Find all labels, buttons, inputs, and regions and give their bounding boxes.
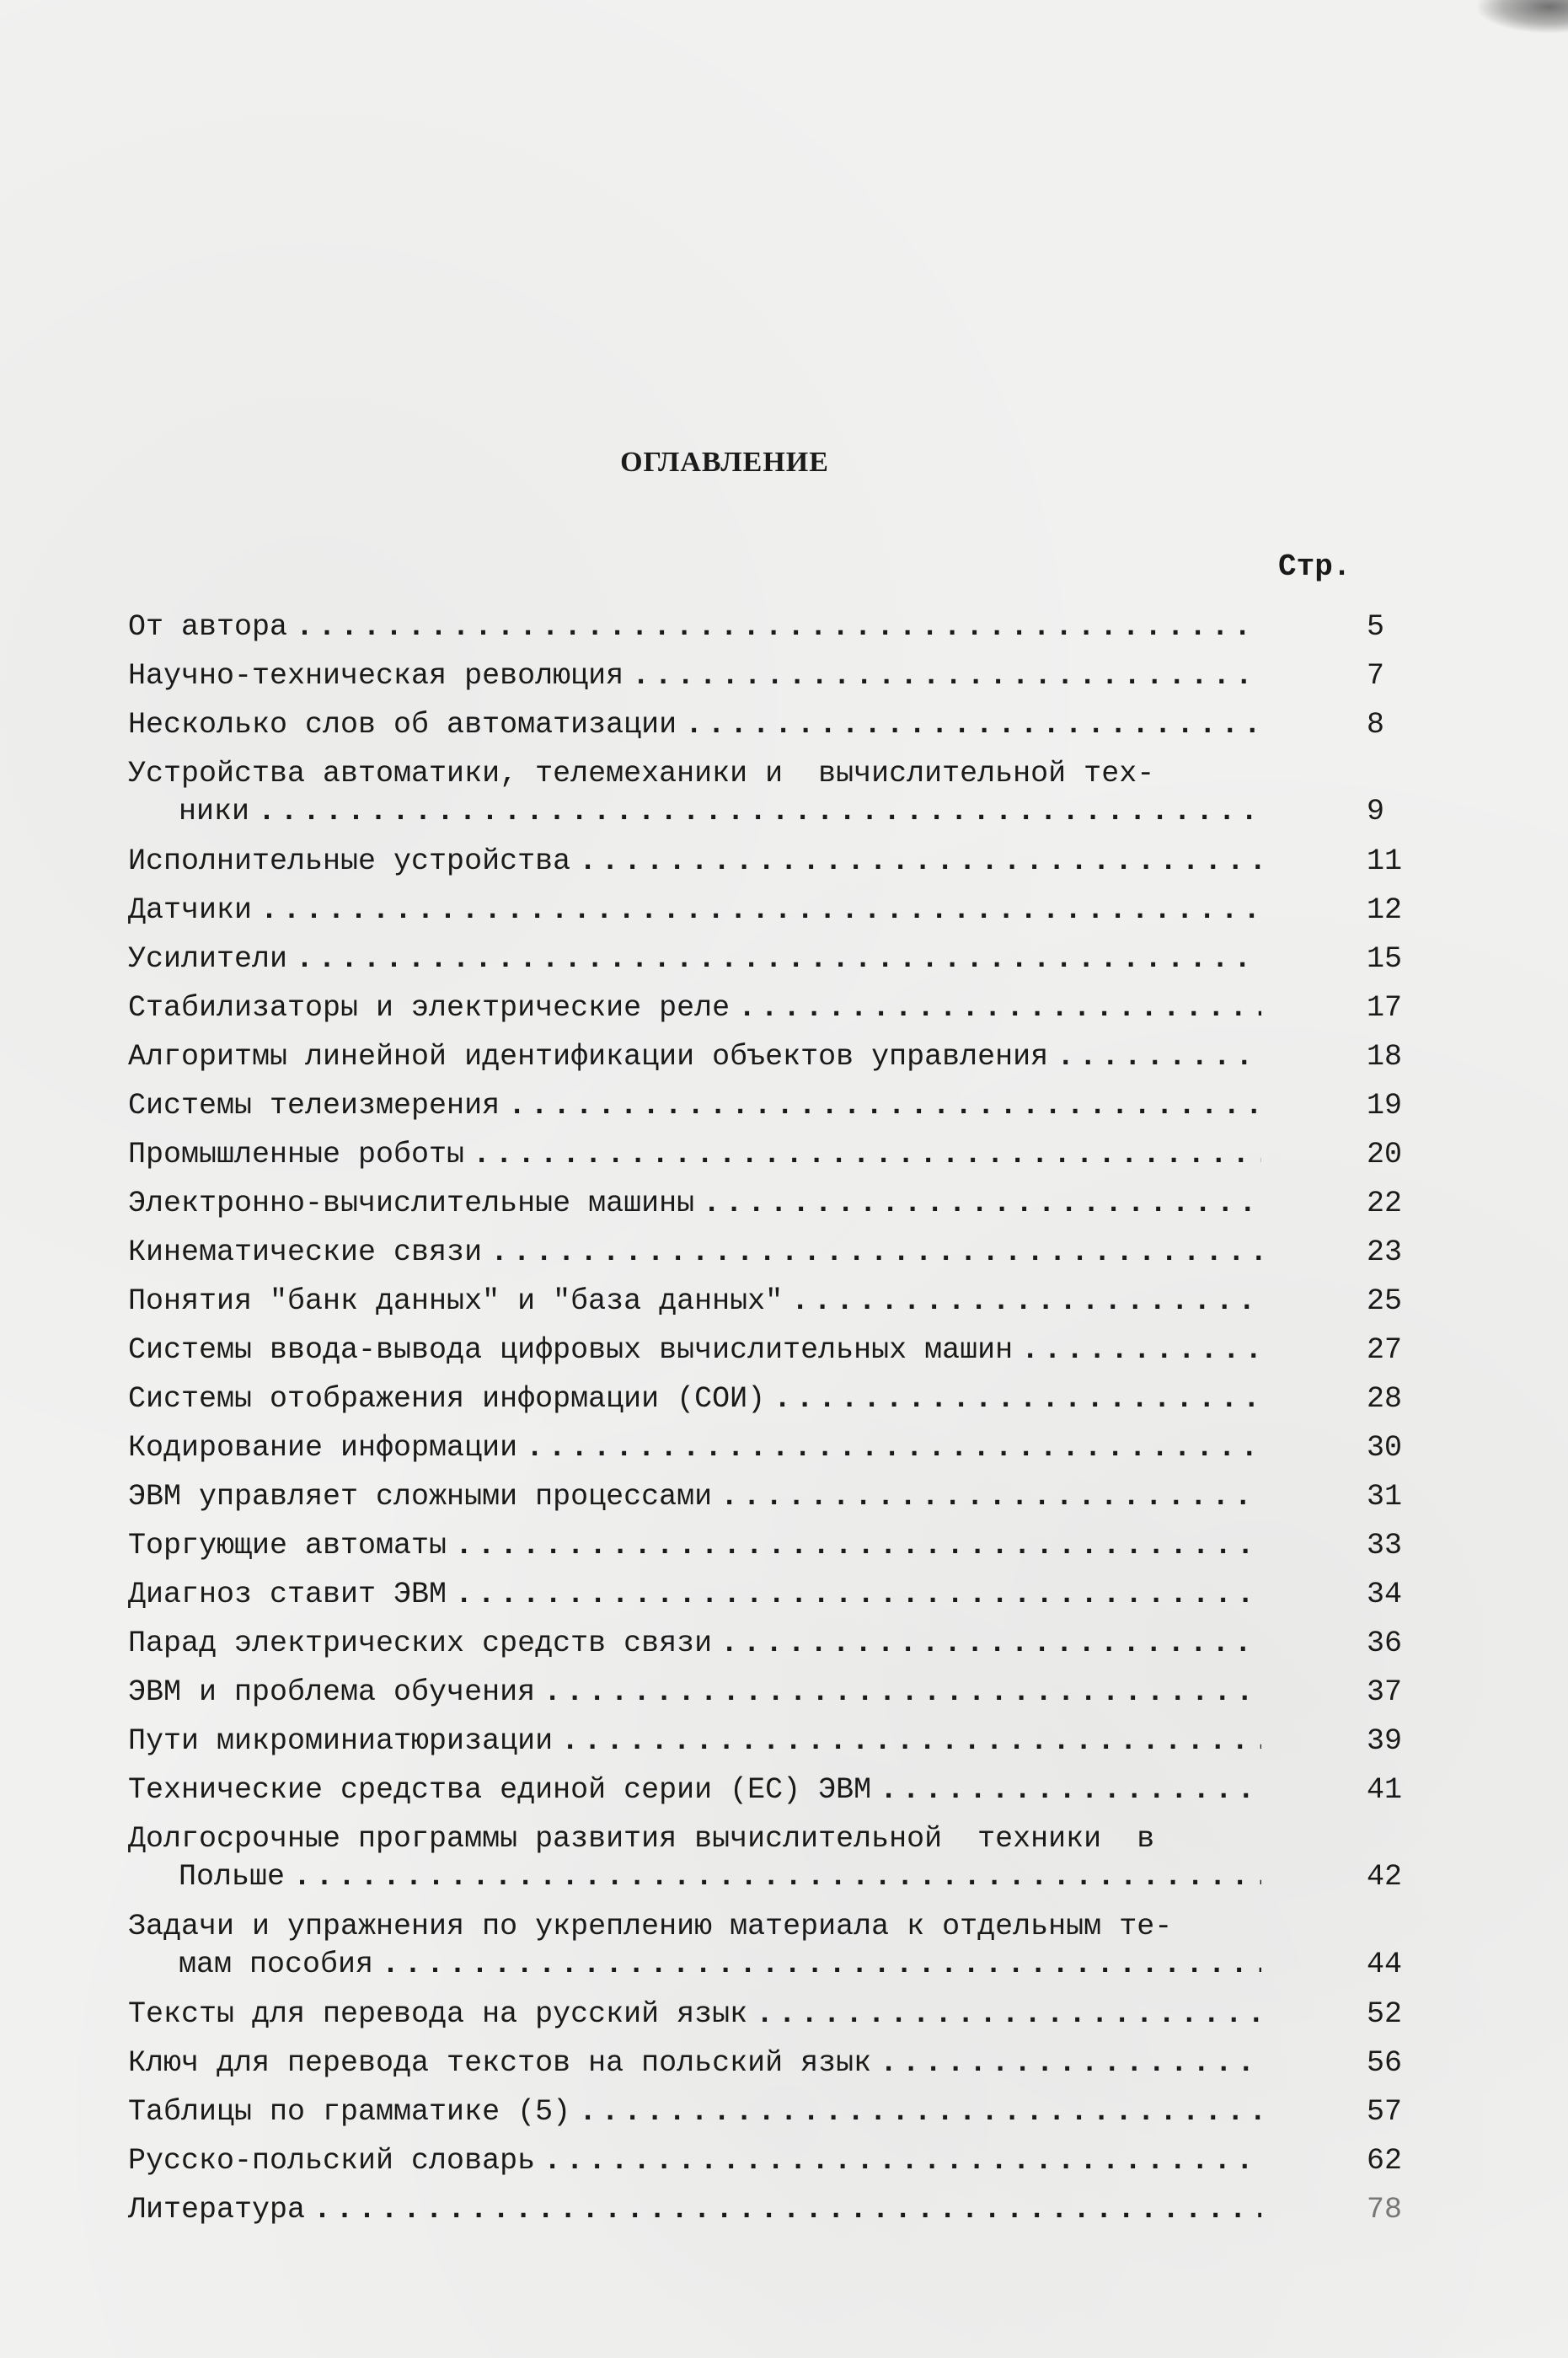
dot-leader: ........................................… [464, 1136, 1261, 1174]
toc-entry-label: Системы ввода-вывода цифровых вычислител… [128, 1332, 1013, 1369]
toc-page-number: 11 [1367, 843, 1442, 881]
toc-entry-title: Датчики.................................… [128, 892, 1261, 930]
toc-entry-title: Долгосрочные программы развития вычислит… [128, 1820, 1261, 1896]
toc-entry-title: Торгующие автоматы......................… [128, 1527, 1261, 1565]
dot-leader: ........................................… [305, 2191, 1261, 2229]
toc-entry-label: Промышленные роботы [128, 1136, 464, 1174]
toc-page-number: 27 [1367, 1332, 1442, 1369]
dot-leader: ........................................… [730, 989, 1261, 1027]
toc-entry-label: Системы телеизмерения [128, 1087, 500, 1125]
toc-entry-label: ники [179, 793, 249, 831]
dot-leader: ........................................… [500, 1087, 1261, 1125]
toc-entry: Пути микроминиатюризации................… [128, 1723, 1442, 1760]
toc-page-number: 41 [1367, 1771, 1442, 1809]
toc-page-number: 20 [1367, 1136, 1442, 1174]
toc-entry: Ключ для перевода текстов на польский яз… [128, 2044, 1442, 2082]
toc-entry-title: Литература..............................… [128, 2191, 1261, 2229]
dot-leader: ........................................… [373, 1946, 1261, 1984]
dot-leader: ........................................… [871, 1771, 1261, 1809]
toc-entry-label: Кинематические связи [128, 1234, 482, 1272]
dot-leader: ........................................… [287, 941, 1261, 978]
dot-leader: ........................................… [1013, 1332, 1261, 1369]
toc-page-number: 18 [1367, 1038, 1442, 1076]
toc-entry-label: Диагноз ставит ЭВМ [128, 1576, 447, 1614]
toc-entry-label: Датчики [128, 892, 252, 930]
toc-page-number: 62 [1367, 2142, 1442, 2180]
dot-leader: ........................................… [535, 2142, 1261, 2180]
toc-entry-label: Ключ для перевода текстов на польский яз… [128, 2044, 871, 2082]
toc-page-number: 17 [1367, 989, 1442, 1027]
toc-entry: Долгосрочные программы развития вычислит… [128, 1820, 1442, 1896]
corner-stain [1475, 0, 1568, 34]
toc-entry: Технические средства единой серии (ЕС) Э… [128, 1771, 1442, 1809]
toc-entry: Системы телеизмерения...................… [128, 1087, 1442, 1125]
toc-entry-label: Русско-польский словарь [128, 2142, 535, 2180]
dot-leader: ........................................… [871, 2044, 1261, 2082]
toc-page-number: 12 [1367, 892, 1442, 930]
toc-entry-title: Системы отображения информации (СОИ)....… [128, 1380, 1261, 1418]
dot-leader: ........................................… [712, 1478, 1261, 1516]
toc-entry: Промышленные роботы.....................… [128, 1136, 1442, 1174]
toc-page-number: 15 [1367, 941, 1442, 978]
page-column-header: Стр. [1278, 549, 1351, 584]
dot-leader: ........................................… [553, 1723, 1261, 1760]
toc-entry: Стабилизаторы и электрические реле......… [128, 989, 1442, 1027]
toc-entry-label: Парад электрических средств связи [128, 1625, 712, 1663]
dot-leader: ........................................… [747, 1996, 1261, 2034]
toc-entry: Парад электрических средств связи.......… [128, 1625, 1442, 1663]
toc-entry-label: Алгоритмы линейной идентификации объекто… [128, 1038, 1048, 1076]
toc-entry-title: ЭВМ и проблема обучения.................… [128, 1674, 1261, 1712]
toc-entry-title: Кодирование информации..................… [128, 1429, 1261, 1467]
toc-page-number: 33 [1367, 1527, 1442, 1565]
toc-page-number: 57 [1367, 2093, 1442, 2131]
toc-entry-title: Исполнительные устройства...............… [128, 843, 1261, 881]
toc-entry: Устройства автоматики, телемеханики и вы… [128, 755, 1442, 831]
toc-page-number: 37 [1367, 1674, 1442, 1712]
toc-page-number: 31 [1367, 1478, 1442, 1516]
toc-entry-title: Усилители...............................… [128, 941, 1261, 978]
dot-leader: ........................................… [285, 1858, 1261, 1896]
toc-entry: Электронно-вычислительные машины........… [128, 1185, 1442, 1223]
toc-entry-title: Парад электрических средств связи.......… [128, 1625, 1261, 1663]
toc-entry: Датчики.................................… [128, 892, 1442, 930]
toc-entry-title: Понятия "банк данных" и "база данных"...… [128, 1283, 1261, 1321]
toc-entry-title: Диагноз ставит ЭВМ......................… [128, 1576, 1261, 1614]
toc-entry-label: Кодирование информации [128, 1429, 517, 1467]
toc-entry: Усилители...............................… [128, 941, 1442, 978]
toc-entry-label: Тексты для перевода на русский язык [128, 1996, 747, 2034]
toc-entry-title: Технические средства единой серии (ЕС) Э… [128, 1771, 1261, 1809]
dot-leader: ........................................… [447, 1527, 1261, 1565]
toc-page-number: 39 [1367, 1723, 1442, 1760]
toc-page-number: 30 [1367, 1429, 1442, 1467]
dot-leader: ........................................… [765, 1380, 1261, 1418]
toc-entry-label: Технические средства единой серии (ЕС) Э… [128, 1771, 871, 1809]
toc-entry-label: Понятия "банк данных" и "база данных" [128, 1283, 783, 1321]
toc-entry: Задачи и упражнения по укреплению матери… [128, 1908, 1442, 1984]
toc-entry: Понятия "банк данных" и "база данных"...… [128, 1283, 1442, 1321]
toc-entry-label: мам пособия [179, 1946, 373, 1984]
toc-page-number: 23 [1367, 1234, 1442, 1272]
toc-entry-title: Кинематические связи....................… [128, 1234, 1261, 1272]
toc-entry-label: Торгующие автоматы [128, 1527, 447, 1565]
dot-leader: ........................................… [1048, 1038, 1261, 1076]
dot-leader: ........................................… [535, 1674, 1261, 1712]
toc-entry: ЭВМ и проблема обучения.................… [128, 1674, 1442, 1712]
toc-entry-label: ЭВМ управляет сложными процессами [128, 1478, 712, 1516]
toc-entry: Диагноз ставит ЭВМ......................… [128, 1576, 1442, 1614]
page-title: ОГЛАВЛЕНИЕ [0, 447, 1449, 479]
toc-entry-title: Ключ для перевода текстов на польский яз… [128, 2044, 1261, 2082]
toc-entry: Таблицы по грамматике (5)...............… [128, 2093, 1442, 2131]
toc-entry-title: Задачи и упражнения по укреплению матери… [128, 1908, 1261, 1984]
toc-page-number: 36 [1367, 1625, 1442, 1663]
toc-entry-label: Системы отображения информации (СОИ) [128, 1380, 765, 1418]
dot-leader: ........................................… [570, 843, 1261, 881]
toc-entry: Несколько слов об автоматизации.........… [128, 706, 1442, 744]
toc-entry-label: Задачи и упражнения по укреплению матери… [128, 1908, 1172, 1946]
dot-leader: ........................................… [287, 608, 1261, 646]
toc-page-number: 19 [1367, 1087, 1442, 1125]
toc-entry: Торгующие автоматы......................… [128, 1527, 1442, 1565]
toc-entry-label: Электронно-вычислительные машины [128, 1185, 694, 1223]
toc-entry-title: Устройства автоматики, телемеханики и вы… [128, 755, 1261, 831]
toc-entry-title: Русско-польский словарь.................… [128, 2142, 1261, 2180]
toc-entry-title: Таблицы по грамматике (5)...............… [128, 2093, 1261, 2131]
toc-page-number: 8 [1367, 706, 1442, 744]
toc-entry-title: Пути микроминиатюризации................… [128, 1723, 1261, 1760]
toc-page-number: 22 [1367, 1185, 1442, 1223]
toc-entry-label: Долгосрочные программы развития вычислит… [128, 1820, 1154, 1858]
toc-entry-title: ЭВМ управляет сложными процессами.......… [128, 1478, 1261, 1516]
toc-entry: Алгоритмы линейной идентификации объекто… [128, 1038, 1442, 1076]
dot-leader: ........................................… [252, 892, 1261, 930]
dot-leader: ........................................… [694, 1185, 1261, 1223]
toc-entry-label: Пути микроминиатюризации [128, 1723, 553, 1760]
toc-entry-title: Электронно-вычислительные машины........… [128, 1185, 1261, 1223]
dot-leader: ........................................… [783, 1283, 1261, 1321]
toc-page-number: 5 [1367, 608, 1442, 646]
toc-entry: От автора...............................… [128, 608, 1442, 646]
toc-page-number: 56 [1367, 2044, 1442, 2082]
toc-page-number: 44 [1367, 1946, 1442, 1984]
toc-entry-label: Литература [128, 2191, 305, 2229]
toc-entry-label: От автора [128, 608, 287, 646]
toc-entry-title: Тексты для перевода на русский язык.....… [128, 1996, 1261, 2034]
toc-entry-label: Усилители [128, 941, 287, 978]
toc-entry: Системы ввода-вывода цифровых вычислител… [128, 1332, 1442, 1369]
dot-leader: ........................................… [570, 2093, 1261, 2131]
toc-entry: Кодирование информации..................… [128, 1429, 1442, 1467]
toc-entry: Русско-польский словарь.................… [128, 2142, 1442, 2180]
toc-entry-title: Алгоритмы линейной идентификации объекто… [128, 1038, 1261, 1076]
toc-entry-title: От автора...............................… [128, 608, 1261, 646]
toc-entry-label: Исполнительные устройства [128, 843, 570, 881]
toc-page-number: 9 [1367, 793, 1442, 831]
toc-page-number: 7 [1367, 657, 1442, 695]
toc-entry: Тексты для перевода на русский язык.....… [128, 1996, 1442, 2034]
toc-entry-title: Стабилизаторы и электрические реле......… [128, 989, 1261, 1027]
toc-entry-title: Системы телеизмерения...................… [128, 1087, 1261, 1125]
toc-page-number: 25 [1367, 1283, 1442, 1321]
toc-entry: ЭВМ управляет сложными процессами.......… [128, 1478, 1442, 1516]
table-of-contents: От автора...............................… [128, 608, 1442, 2240]
toc-page-number: 52 [1367, 1996, 1442, 2034]
toc-entry-title: Несколько слов об автоматизации.........… [128, 706, 1261, 744]
dot-leader: ........................................… [482, 1234, 1261, 1272]
dot-leader: ........................................… [623, 657, 1261, 695]
toc-entry-title: Научно-техническая революция............… [128, 657, 1261, 695]
toc-entry: Литература..............................… [128, 2191, 1442, 2229]
toc-entry-label: Польше [179, 1858, 285, 1896]
toc-entry: Научно-техническая революция............… [128, 657, 1442, 695]
dot-leader: ........................................… [249, 793, 1261, 831]
dot-leader: ........................................… [517, 1429, 1261, 1467]
toc-entry-label: Устройства автоматики, телемеханики и вы… [128, 755, 1154, 793]
toc-page-number: 42 [1367, 1858, 1442, 1896]
toc-entry-title: Промышленные роботы.....................… [128, 1136, 1261, 1174]
toc-entry: Исполнительные устройства...............… [128, 843, 1442, 881]
toc-entry-title: Системы ввода-вывода цифровых вычислител… [128, 1332, 1261, 1369]
toc-page-number: 78 [1367, 2191, 1442, 2229]
toc-page-number: 28 [1367, 1380, 1442, 1418]
dot-leader: ........................................… [712, 1625, 1261, 1663]
toc-entry-label: Научно-техническая революция [128, 657, 623, 695]
toc-entry-label: Стабилизаторы и электрические реле [128, 989, 730, 1027]
toc-entry: Системы отображения информации (СОИ)....… [128, 1380, 1442, 1418]
toc-entry-label: Таблицы по грамматике (5) [128, 2093, 570, 2131]
toc-entry-label: ЭВМ и проблема обучения [128, 1674, 535, 1712]
dot-leader: ........................................… [447, 1576, 1261, 1614]
toc-page-number: 34 [1367, 1576, 1442, 1614]
dot-leader: ........................................… [677, 706, 1261, 744]
toc-entry-label: Несколько слов об автоматизации [128, 706, 677, 744]
toc-entry: Кинематические связи....................… [128, 1234, 1442, 1272]
